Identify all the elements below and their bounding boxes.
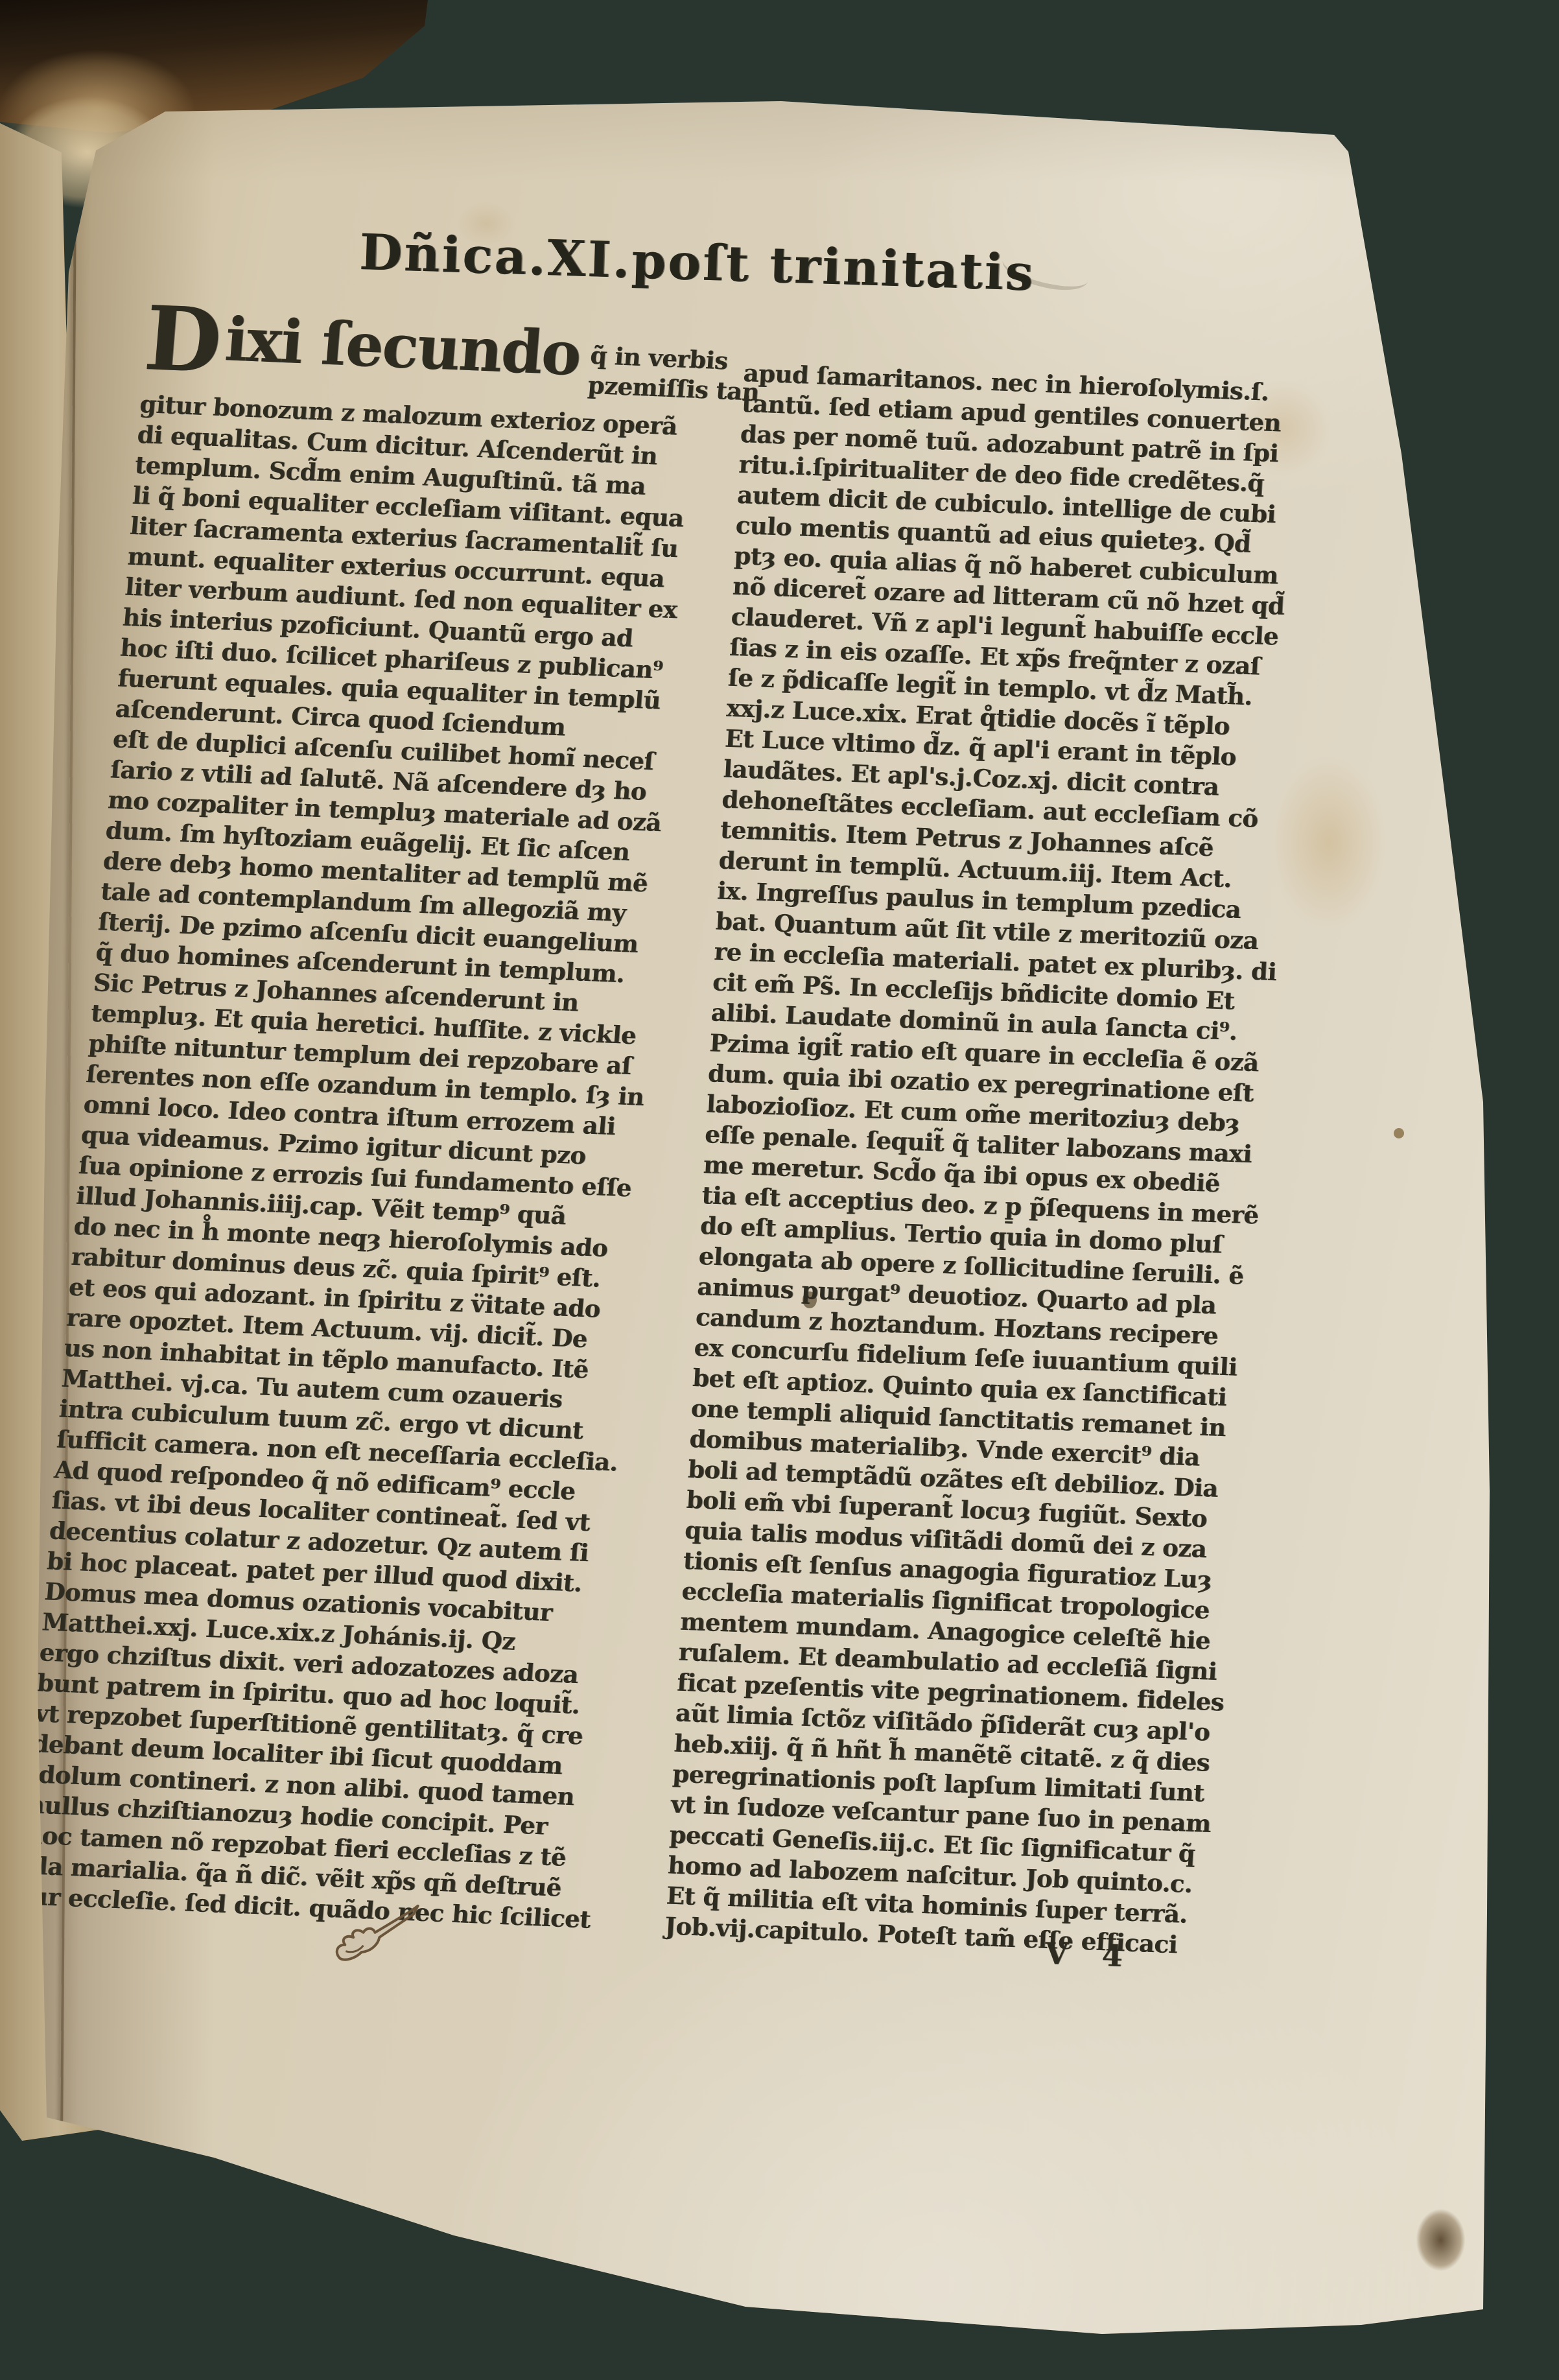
opening-word: ixi ſecundo <box>223 308 583 385</box>
ink-stain <box>1410 2201 1471 2279</box>
page-title: Dñica.XI.poſt trinitatis <box>358 223 1036 302</box>
right-column-lines: apud ſamaritanos. nec in hieroſolymis.ſ.… <box>664 358 1330 1963</box>
signature-number: 4 <box>1101 1938 1123 1974</box>
left-text-column: D ixi ſecundo q̃ in verbispzemiſſis tan … <box>19 305 727 1935</box>
right-text-column: apud ſamaritanos. nec in hieroſolymis.ſ.… <box>664 358 1330 1963</box>
text-line: pzemiſſis tan <box>587 370 760 407</box>
manicule-icon <box>329 1902 432 1979</box>
opening-side-lines: q̃ in verbispzemiſſis tan <box>587 324 764 407</box>
page: Dñica.XI.poſt trinitatis D ixi ſecundo q… <box>0 0 1559 2380</box>
scanned-book-page-photo: Dñica.XI.poſt trinitatis D ixi ſecundo q… <box>0 0 1559 2380</box>
foxing-spot <box>1394 1128 1404 1138</box>
signature-letter: V <box>1044 1936 1069 1972</box>
drop-cap-initial: D <box>143 305 224 375</box>
signature-mark: V4 <box>1044 1936 1123 1974</box>
left-column-lines: gitur bonozum z malozum exterioz operãdi… <box>19 389 720 1935</box>
